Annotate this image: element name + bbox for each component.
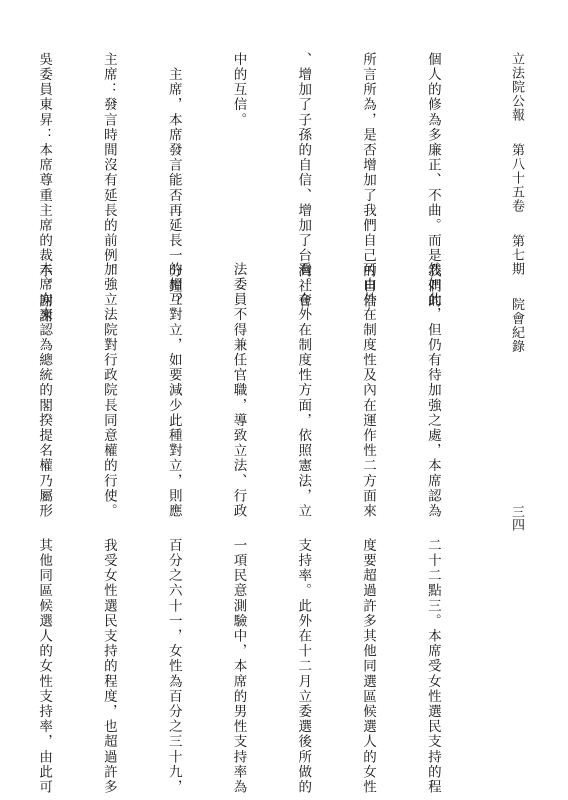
- section-label: 院會紀錄: [509, 297, 524, 353]
- text-column: 所言所為，是否增加了我們自己的自信: [356, 52, 378, 252]
- page-number: 三四: [505, 505, 527, 531]
- text-column: 主席：發言時間沒有延長的前例。: [97, 52, 119, 252]
- text-column: 一項民意測驗中，本席的男性支持率為: [227, 538, 249, 768]
- text-column: 可由外在制度性及內在運作性二方面來: [356, 262, 378, 512]
- text-column: 的相互對立，如要減少此種對立，則應: [162, 262, 184, 512]
- text-column: 主席，本席發言能否再延長一分鐘？: [162, 52, 184, 252]
- text-column: 本席向來認為總統的閣揆提名權乃屬形: [33, 262, 55, 512]
- text-column: 二十二點三。本席受女性選民支持的程: [421, 538, 443, 768]
- volume-label: 第八十五卷: [509, 143, 524, 213]
- text-column: 加強立法院對行政院長同意權的行使。: [97, 262, 119, 512]
- text-column: 看。在外在制度性方面，依照憲法，立: [292, 262, 314, 512]
- running-header: 立法院公報 第八十五卷 第七期 院會紀錄: [505, 52, 527, 772]
- text-column: 法委員不得兼任官職，導致立法、行政: [227, 262, 249, 512]
- publication-title: 立法院公報: [509, 52, 524, 122]
- text-column: 其他同區候選人的女性支持率，由此可: [33, 538, 55, 768]
- text-column: 支持率。此外在十二月立委選後所做的: [292, 538, 314, 768]
- text-column: 個人的修為多廉正、不曲。而是我們的: [421, 52, 443, 252]
- text-column: 吳委員東昇：本席尊重主席的裁示。謝謝: [33, 52, 55, 252]
- text-band-2: 然如此，但仍有待加強之處，本席認為 可由外在制度性及內在運作性二方面來 看。在外…: [0, 262, 486, 512]
- issue-label: 第七期: [509, 234, 524, 276]
- text-column: 、增加了子孫的自信、增加了台灣社會: [292, 52, 314, 252]
- text-column: 度要超過許多其他同選區候選人的女性: [356, 538, 378, 768]
- text-column: 然如此，但仍有待加強之處，本席認為: [421, 262, 443, 512]
- text-band-1: 個人的修為多廉正、不曲。而是我們的 所言所為，是否增加了我們自己的自信 、增加了…: [0, 52, 486, 252]
- text-band-3: 二十二點三。本席受女性選民支持的程 度要超過許多其他同選區候選人的女性 支持率。…: [0, 538, 486, 768]
- text-column: 我受女性選民支持的程度，也超過許多: [97, 538, 119, 768]
- text-column: 百分之六十一，女性為百分之三十九，: [162, 538, 184, 768]
- text-column: 中的互信。: [227, 52, 249, 252]
